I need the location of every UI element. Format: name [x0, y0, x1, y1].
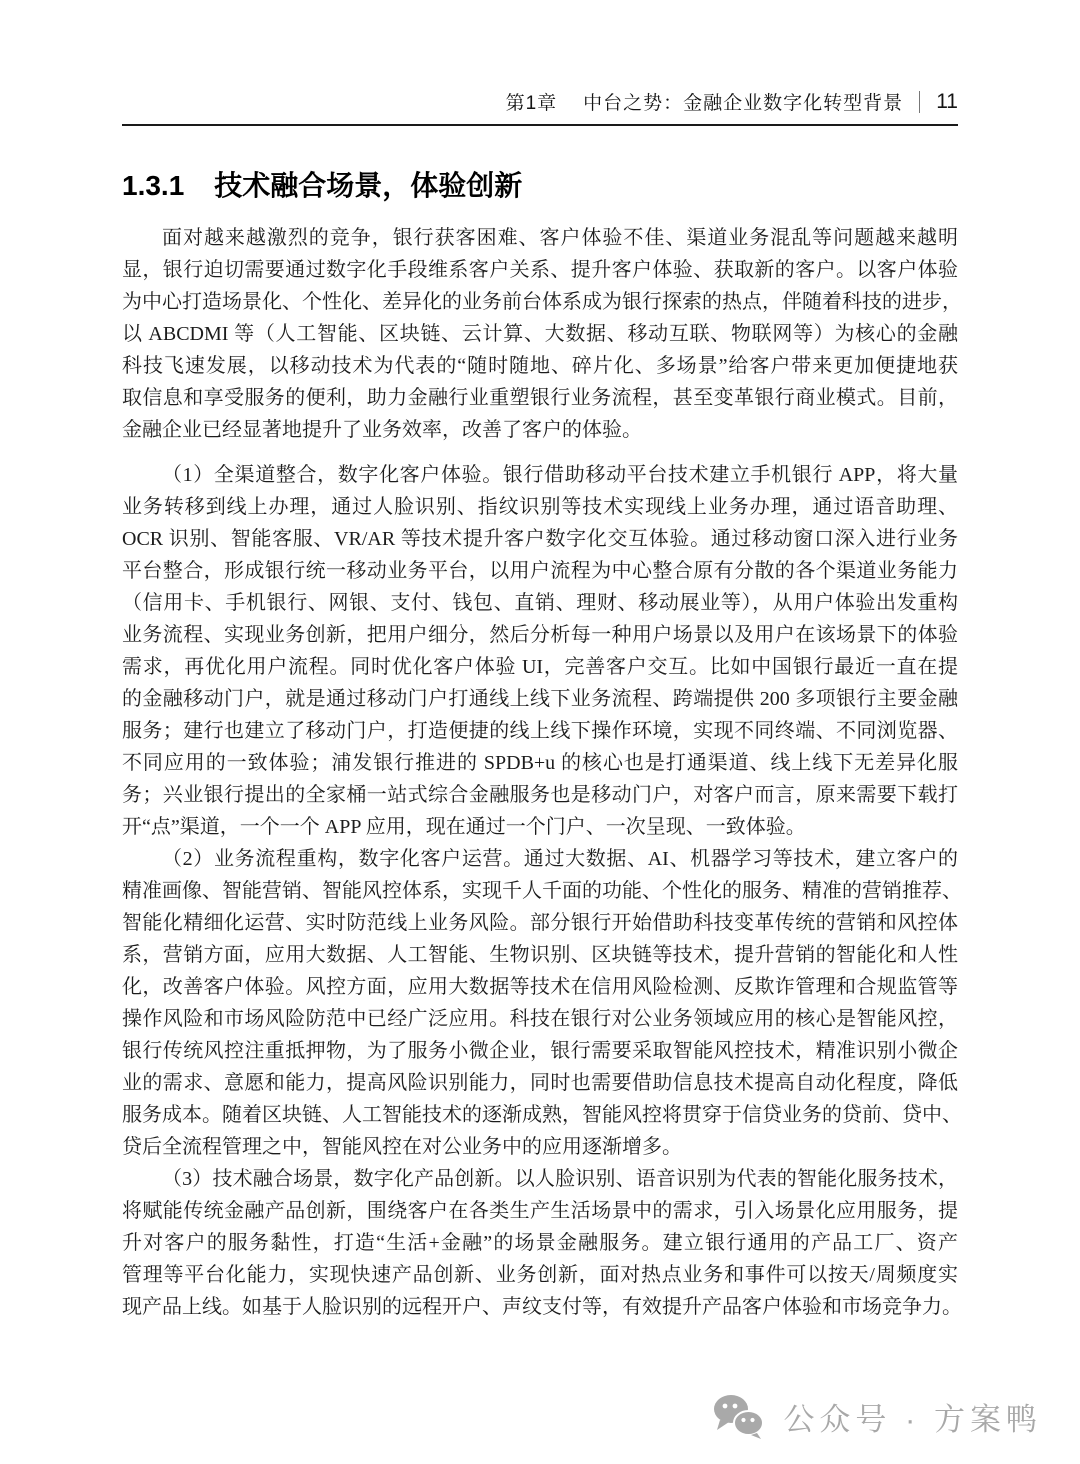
text-line: 精准画像、智能营销、智能风控体系，实现千人千面的功能、个性化的服务、精准的营销推… — [122, 875, 958, 907]
text-line: 面对越来越激烈的竞争，银行获客困难、客户体验不佳、渠道业务混乱等问题越来越明 — [122, 222, 958, 254]
text-line: （1）全渠道整合，数字化客户体验。银行借助移动平台技术建立手机银行 APP，将大… — [122, 459, 958, 491]
text-line: 务；兴业银行提出的全家桶一站式综合金融服务也是移动门户，对客户而言，原来需要下载… — [122, 779, 958, 811]
text-line: 为中心打造场景化、个性化、差异化的业务前台体系成为银行探索的热点，伴随着科技的进… — [122, 286, 958, 318]
text-line: （3）技术融合场景，数字化产品创新。以人脸识别、语音识别为代表的智能化服务技术， — [122, 1163, 958, 1195]
text-line: 化，改善客户体验。风控方面，应用大数据等技术在信用风险检测、反欺诈管理和合规监管… — [122, 971, 958, 1003]
header-title: 中台之势：金融企业数字化转型背景 — [583, 88, 903, 115]
text-line: 升对客户的服务黏性，打造“生活+金融”的场景金融服务。建立银行通用的产品工厂、资… — [122, 1227, 958, 1259]
paragraph-item-3: （3）技术融合场景，数字化产品创新。以人脸识别、语音识别为代表的智能化服务技术，… — [122, 1163, 958, 1323]
running-header: 第1章 中台之势：金融企业数字化转型背景 11 — [506, 88, 958, 115]
text-line: OCR 识别、智能客服、VR/AR 等技术提升客户数字化交互体验。通过移动窗口深… — [122, 523, 958, 555]
section-number: 1.3.1 — [122, 170, 184, 202]
watermark: 公众号 · 方案鸭 — [711, 1393, 1042, 1439]
wechat-icon — [711, 1393, 767, 1439]
text-line: 平台整合，形成银行统一移动业务平台，以用户流程为中心整合原有分散的各个渠道业务能… — [122, 555, 958, 587]
paragraph-item-1: （1）全渠道整合，数字化客户体验。银行借助移动平台技术建立手机银行 APP，将大… — [122, 459, 958, 843]
text-line: 将赋能传统金融产品创新，围绕客户在各类生产生活场景中的需求，引入场景化应用服务，… — [122, 1195, 958, 1227]
text-line: （2）业务流程重构，数字化客户运营。通过大数据、AI、机器学习等技术，建立客户的 — [122, 843, 958, 875]
section-heading: 1.3.1 技术融合场景，体验创新 — [122, 164, 522, 204]
text-line: 取信息和享受服务的便利，助力金融行业重塑银行业务流程，甚至变革银行商业模式。目前… — [122, 382, 958, 414]
text-line: 需求，再优化用户流程。同时优化客户体验 UI，完善客户交互。比如中国银行最近一直… — [122, 651, 958, 683]
header-rule — [122, 124, 958, 126]
text-line: 管理等平台化能力，实现快速产品创新、业务创新，面对热点业务和事件可以按天/周频度… — [122, 1259, 958, 1291]
text-line: 业务转移到线上办理，通过人脸识别、指纹识别等技术实现线上业务办理，通过语音助理、 — [122, 491, 958, 523]
watermark-text: 公众号 · 方案鸭 — [783, 1394, 1042, 1439]
text-line: 业的需求、意愿和能力，提高风险识别能力，同时也需要借助信息技术提高自动化程度，降… — [122, 1067, 958, 1099]
page-number: 11 — [936, 90, 958, 114]
text-line: （信用卡、手机银行、网银、支付、钱包、直销、理财、移动展业等），从用户体验出发重… — [122, 587, 958, 619]
text-line: 服务；建行也建立了移动门户，打造便捷的线上线下操作环境，实现不同终端、不同浏览器… — [122, 715, 958, 747]
text-line: 以 ABCDMI 等（人工智能、区块链、云计算、大数据、移动互联、物联网等）为核… — [122, 318, 958, 350]
text-line: 业务流程、实现业务创新，把用户细分，然后分析每一种用户场景以及用户在该场景下的体… — [122, 619, 958, 651]
text-line: 服务成本。随着区块链、人工智能技术的逐渐成熟，智能风控将贯穿于信贷业务的贷前、贷… — [122, 1099, 958, 1131]
text-line: 现产品上线。如基于人脸识别的远程开户、声纹支付等，有效提升产品客户体验和市场竞争… — [122, 1291, 958, 1323]
text-line: 不同应用的一致体验；浦发银行推进的 SPDB+u 的核心也是打通渠道、线上线下无… — [122, 747, 958, 779]
text-line: 银行传统风控注重抵押物，为了服务小微企业，银行需要采取智能风控技术，精准识别小微… — [122, 1035, 958, 1067]
text-line: 开“点”渠道，一个一个 APP 应用，现在通过一个门户、一次呈现、一致体验。 — [122, 811, 958, 843]
text-line: 贷后全流程管理之中，智能风控在对公业务中的应用逐渐增多。 — [122, 1131, 958, 1163]
book-page: 第1章 中台之势：金融企业数字化转型背景 11 1.3.1 技术融合场景，体验创… — [0, 0, 1080, 1464]
text-line: 智能化精细化运营、实时防范线上业务风险。部分银行开始借助科技变革传统的营销和风控… — [122, 907, 958, 939]
paragraph-item-2: （2）业务流程重构，数字化客户运营。通过大数据、AI、机器学习等技术，建立客户的… — [122, 843, 958, 1163]
header-chapter: 第1章 — [506, 88, 558, 115]
text-line: 显，银行迫切需要通过数字化手段维系客户关系、提升客户体验、获取新的客户。以客户体… — [122, 254, 958, 286]
text-line: 系，营销方面，应用大数据、人工智能、生物识别、区块链等技术，提升营销的智能化和人… — [122, 939, 958, 971]
text-line: 科技飞速发展，以移动技术为代表的“随时随地、碎片化、多场景”给客户带来更加便捷地… — [122, 350, 958, 382]
body-text: 面对越来越激烈的竞争，银行获客困难、客户体验不佳、渠道业务混乱等问题越来越明 显… — [122, 222, 958, 1323]
text-line: 的金融移动门户，就是通过移动门户打通线上线下业务流程、跨端提供 200 多项银行… — [122, 683, 958, 715]
paragraph-intro: 面对越来越激烈的竞争，银行获客困难、客户体验不佳、渠道业务混乱等问题越来越明 显… — [122, 222, 958, 446]
text-line: 操作风险和市场风险防范中已经广泛应用。科技在银行对公业务领域应用的核心是智能风控… — [122, 1003, 958, 1035]
text-line: 金融企业已经显著地提升了业务效率，改善了客户的体验。 — [122, 414, 958, 446]
section-title: 技术融合场景，体验创新 — [214, 164, 522, 204]
header-separator — [919, 91, 920, 113]
